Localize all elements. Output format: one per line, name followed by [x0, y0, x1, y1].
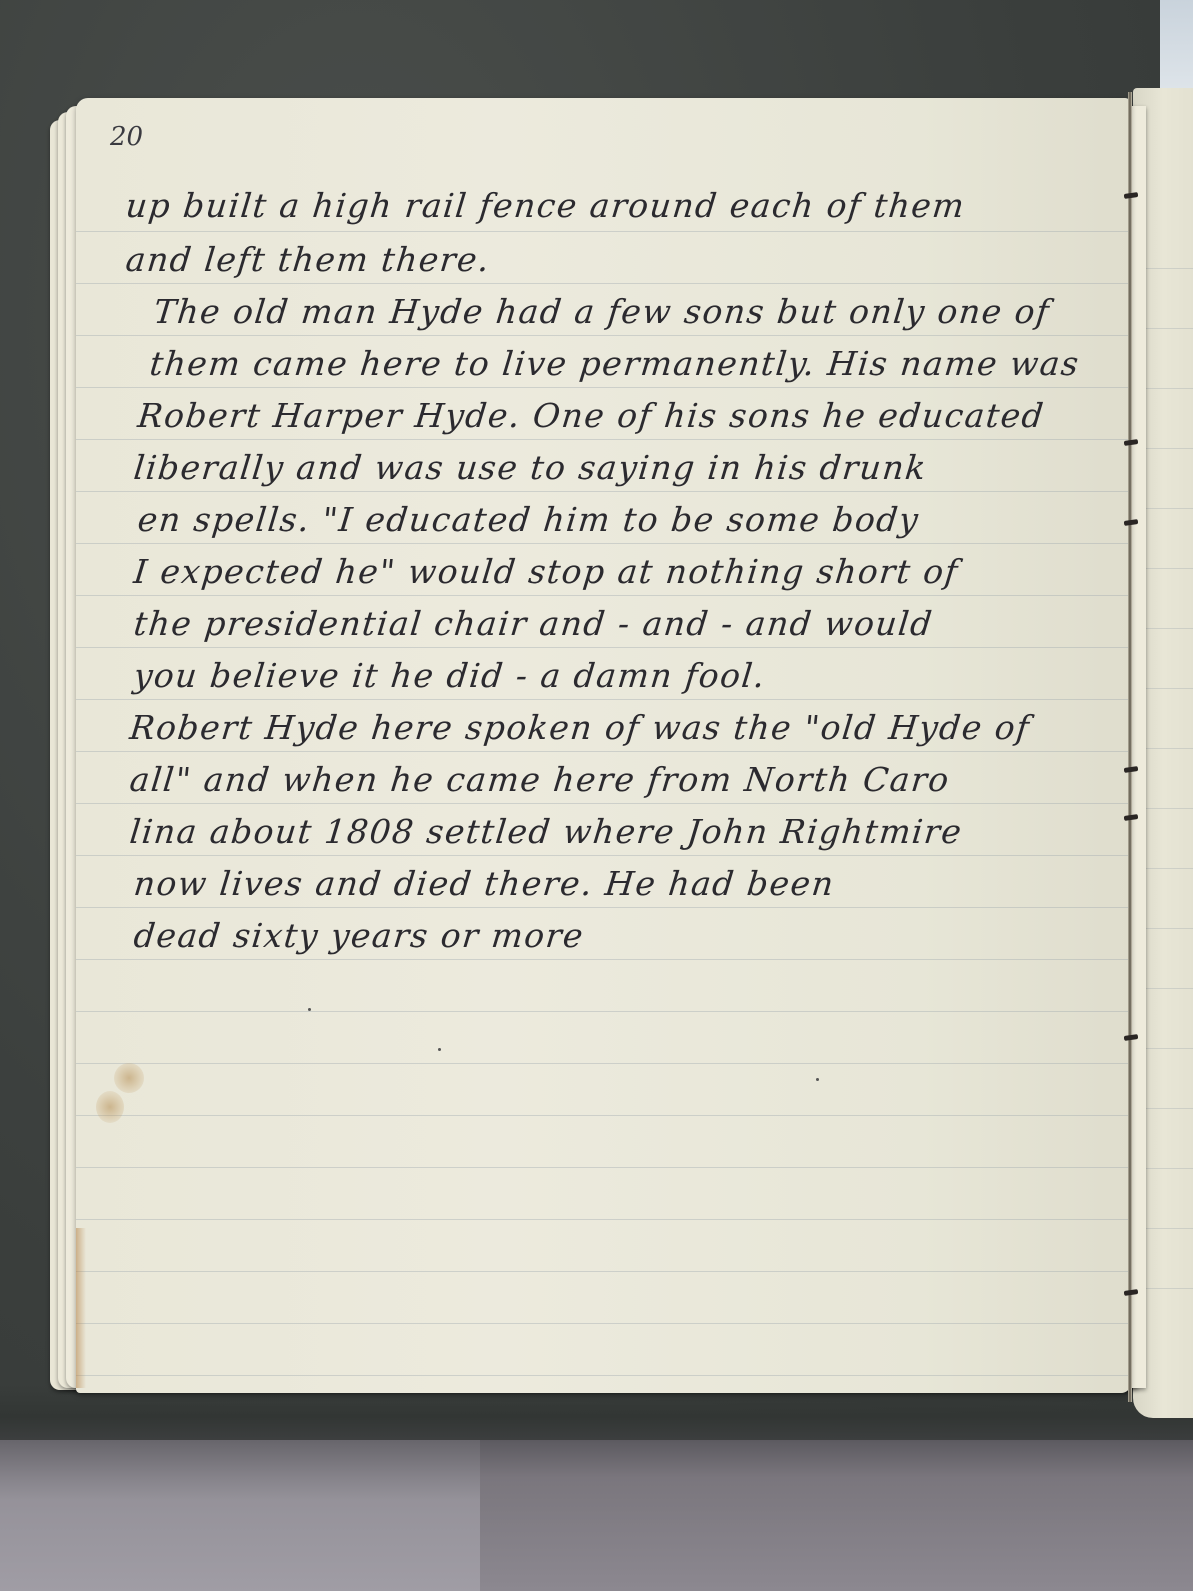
- binding-gutter: [1128, 92, 1132, 1402]
- text-line: The old man Hyde had a few sons but only…: [152, 292, 1052, 331]
- text-line: lina about 1808 settled where John Right…: [128, 812, 965, 851]
- table-surface: [0, 1440, 1193, 1591]
- handwritten-text: up built a high rail fence around each o…: [76, 98, 1131, 1393]
- text-line: up built a high rail fence around each o…: [124, 186, 967, 225]
- background-light-strip: [1160, 0, 1193, 95]
- text-line: I expected he" would stop at nothing sho…: [132, 552, 961, 591]
- text-line: liberally and was use to saying in his d…: [132, 448, 929, 487]
- table-highlight: [0, 1440, 480, 1591]
- text-line: you believe it he did - a damn fool.: [132, 656, 768, 695]
- notebook-page: 20 up built a high rail fence around eac…: [76, 98, 1131, 1393]
- text-line: them came here to live permanently. His …: [148, 344, 1082, 383]
- text-line: and left them there.: [124, 240, 492, 279]
- text-line: en spells. "I educated him to be some bo…: [136, 500, 921, 539]
- text-line: all" and when he came here from North Ca…: [128, 760, 952, 799]
- text-line: Robert Hyde here spoken of was the "old …: [128, 708, 1032, 747]
- text-line: the presidential chair and - and - and w…: [132, 604, 935, 643]
- text-line: Robert Harper Hyde. One of his sons he e…: [136, 396, 1047, 435]
- text-line: now lives and died there. He had been: [132, 864, 837, 903]
- text-line: dead sixty years or more: [132, 916, 586, 955]
